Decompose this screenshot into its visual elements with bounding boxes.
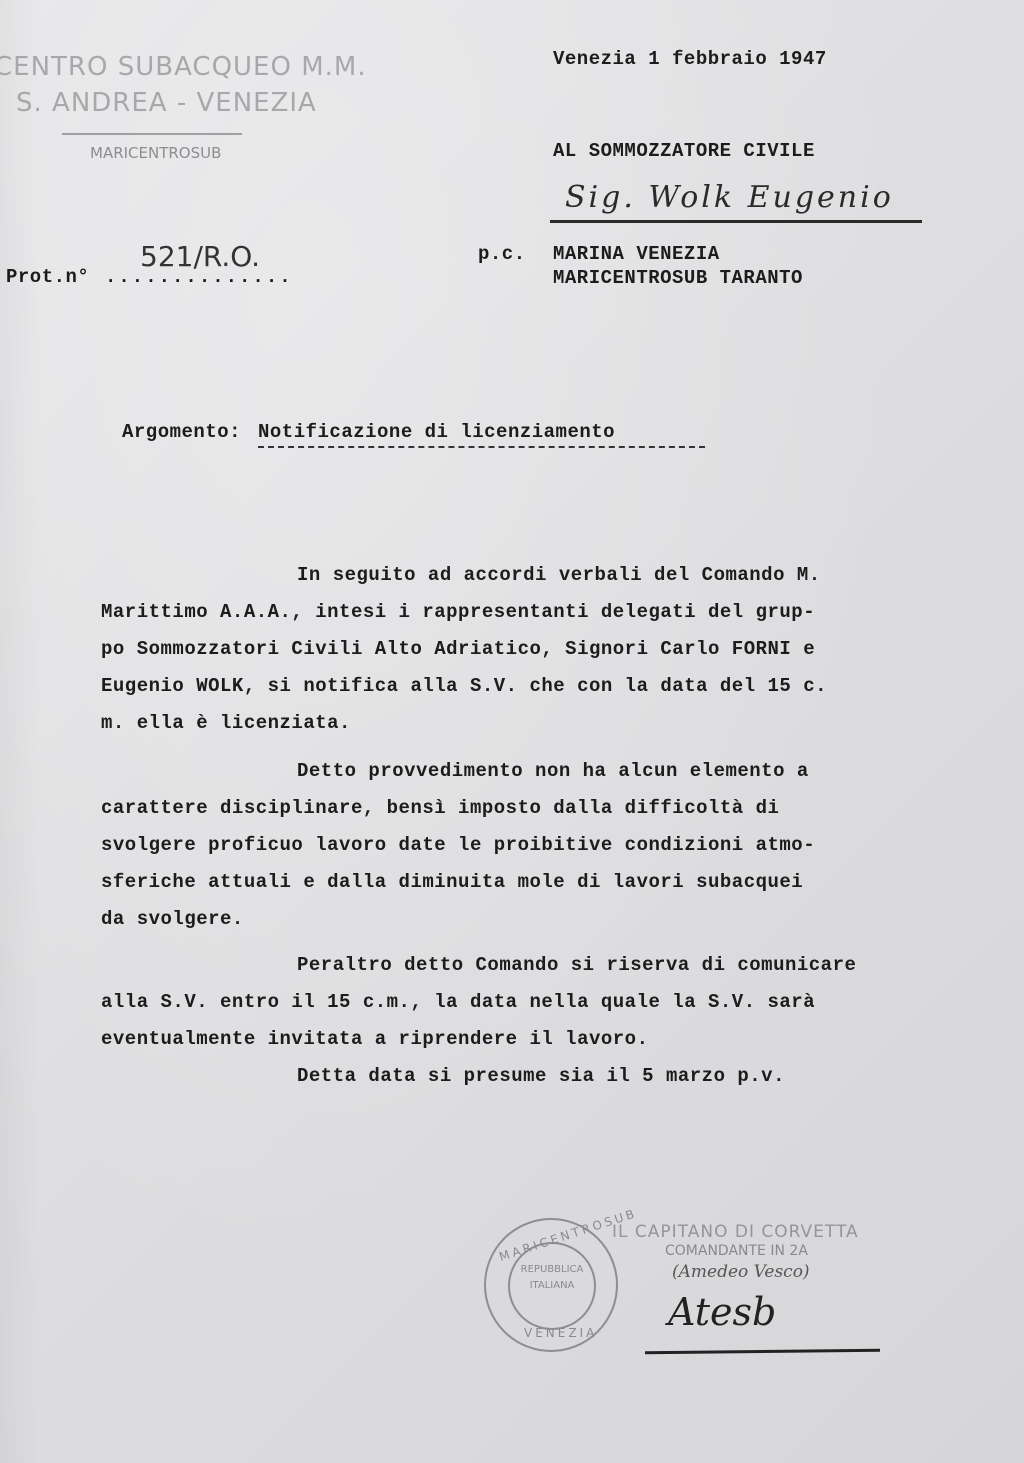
- body-line: da svolgere.: [101, 908, 244, 930]
- cc-label: p.c.: [478, 243, 526, 265]
- signatory-name: (Amedeo Vesco): [672, 1262, 810, 1282]
- official-stamp: MARICENTROSUB REPUBBLICA ITALIANA VENEZI…: [484, 1218, 618, 1352]
- body-line: Detto provvedimento non ha alcun element…: [297, 760, 809, 782]
- protocol-number: 521/R.O.: [140, 240, 260, 273]
- body-line: Eugenio WOLK, si notifica alla S.V. che …: [101, 675, 827, 697]
- subject-label: Argomento:: [122, 421, 241, 443]
- letterhead-line-3: MARICENTROSUB: [90, 144, 221, 162]
- body-line: svolgere proficuo lavoro date le proibit…: [101, 834, 815, 856]
- body-line: po Sommozzatori Civili Alto Adriatico, S…: [101, 638, 815, 660]
- subject-underline: [258, 446, 705, 448]
- body-line: m. ella è licenziata.: [101, 712, 351, 734]
- body-line: alla S.V. entro il 15 c.m., la data nell…: [101, 991, 815, 1013]
- body-line: sferiche attuali e dalla diminuita mole …: [101, 871, 803, 893]
- signatory-subtitle: COMANDANTE IN 2A: [665, 1243, 808, 1259]
- signature-scribble: Atesb: [668, 1290, 776, 1334]
- letterhead-line-1: CENTRO SUBACQUEO M.M.: [0, 52, 367, 82]
- letter-date: Venezia 1 febbraio 1947: [553, 48, 827, 70]
- recipient-line-2: MARINA VENEZIA: [553, 243, 720, 265]
- recipient-line-3: MARICENTROSUB TARANTO: [553, 267, 803, 289]
- subject-text: Notificazione di licenziamento: [258, 421, 615, 443]
- body-line: Detta data si presume sia il 5 marzo p.v…: [297, 1065, 785, 1087]
- letterhead-rule: [62, 133, 242, 135]
- stamp-middle-line-1: REPUBBLICA: [512, 1262, 592, 1278]
- stamp-middle-text: REPUBBLICA ITALIANA: [512, 1262, 592, 1294]
- signature-underline: [645, 1349, 880, 1354]
- body-line: eventualmente invitata a riprendere il l…: [101, 1028, 649, 1050]
- body-line: Marittimo A.A.A., intesi i rappresentant…: [101, 601, 815, 623]
- letterhead-line-2: S. ANDREA - VENEZIA: [16, 88, 317, 118]
- stamp-bottom-text: VENEZIA: [524, 1326, 597, 1340]
- protocol-label: Prot.n°: [6, 266, 89, 288]
- recipient-underline: [550, 220, 922, 223]
- body-line: carattere disciplinare, bensì imposto da…: [101, 797, 779, 819]
- body-line: In seguito ad accordi verbali del Comand…: [297, 564, 821, 586]
- body-line: Peraltro detto Comando si riserva di com…: [297, 954, 856, 976]
- recipient-line-1: AL SOMMOZZATORE CIVILE: [553, 140, 815, 162]
- signatory-title: IL CAPITANO DI CORVETTA: [612, 1222, 859, 1242]
- recipient-handwritten-name: Sig. Wolk Eugenio: [555, 180, 925, 215]
- stamp-middle-line-2: ITALIANA: [512, 1278, 592, 1294]
